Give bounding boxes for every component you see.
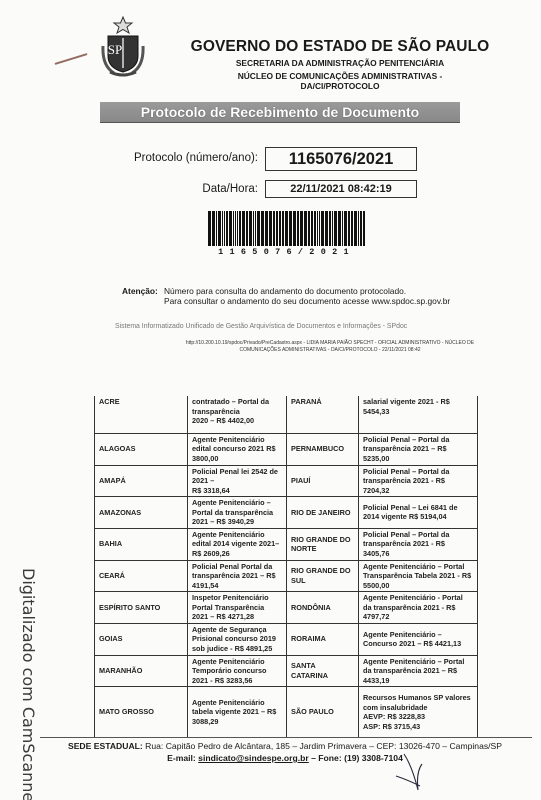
salary-cell: Policial Penal – Lei 6841 de 2014 vigent… xyxy=(359,497,478,529)
phone: – Fone: (19) 3308-7104 xyxy=(309,753,403,763)
nucleus-line-2: DA/CI/PROTOCOLO xyxy=(180,81,500,91)
salary-cell: Inspetor Penitenciário Portal Transparên… xyxy=(188,592,287,624)
table-row: ESPÍRITO SANTOInspetor Penitenciário Por… xyxy=(95,592,478,624)
salary-cell: Agente Penitenciário edital 2014 vigente… xyxy=(188,528,287,560)
state-cell: AMAZONAS xyxy=(95,497,188,529)
salary-cell: Agente Penitenciário – Concurso 2021 – R… xyxy=(359,623,478,655)
state-cell: SANTA CATARINA xyxy=(287,655,359,687)
government-title: GOVERNO DO ESTADO DE SÃO PAULO xyxy=(180,38,500,56)
salary-cell: Policial Penal – Portal da transparência… xyxy=(359,433,478,465)
salary-cell: contratado – Portal da transparência2020… xyxy=(188,396,287,433)
state-cell: RIO GRANDE DO SUL xyxy=(287,560,359,592)
state-cell: RONDÔNIA xyxy=(287,592,359,624)
table-row: MARANHÃOAgente Penitenciário Temporário … xyxy=(95,655,478,687)
salary-table: ACREcontratado – Portal da transparência… xyxy=(94,396,478,738)
table-row: ALAGOASAgente Penitenciário edital concu… xyxy=(95,433,478,465)
hq-label: SEDE ESTADUAL: xyxy=(68,741,143,751)
salary-cell: Agente Penitenciário – Portal da transpa… xyxy=(188,497,287,529)
email-link[interactable]: sindicato@sindespe.org.br xyxy=(198,753,309,763)
salary-cell: Agente Penitenciário – Portal Transparên… xyxy=(359,560,478,592)
state-cell: PERNAMBUCO xyxy=(287,433,359,465)
salary-cell: Policial Penal – Portal da transparência… xyxy=(359,528,478,560)
table-row: MATO GROSSOAgente Penitenciário tabela v… xyxy=(95,687,478,738)
salary-cell: Policial Penal – Portal da transparência… xyxy=(359,465,478,497)
salary-cell: Agente Penitenciário Temporário concurso… xyxy=(188,655,287,687)
state-cell: MATO GROSSO xyxy=(95,687,188,738)
attention-text-1: Número para consulta do andamento do doc… xyxy=(164,286,406,296)
nucleus-title: NÚCLEO DE COMUNICAÇÕES ADMINISTRATIVAS -… xyxy=(180,71,500,91)
footer-address: SEDE ESTADUAL: Rua: Capitão Pedro de Alc… xyxy=(40,741,530,751)
footer-divider xyxy=(40,737,532,738)
table-row: BAHIAAgente Penitenciário edital 2014 vi… xyxy=(95,528,478,560)
state-cell: PIAUÍ xyxy=(287,465,359,497)
table-row: AMAZONASAgente Penitenciário – Portal da… xyxy=(95,497,478,529)
salary-cell: Policial Penal lei 2542 de 2021 – R$ 331… xyxy=(188,465,287,497)
protocol-number-value: 1165076/2021 xyxy=(265,147,417,171)
state-cell: SÃO PAULO xyxy=(287,687,359,738)
url-line-2: COMUNICAÇÕES ADMINISTRATIVAS - DA/CI/PRO… xyxy=(130,347,530,354)
state-cell: ALAGOAS xyxy=(95,433,188,465)
state-cell: MARANHÃO xyxy=(95,655,188,687)
svg-text:SP: SP xyxy=(108,42,122,57)
state-cell: GOIAS xyxy=(95,623,188,655)
attention-text-2: Para consultar o andamento do seu docume… xyxy=(164,296,450,306)
datetime-label: Data/Hora: xyxy=(118,183,258,195)
barcode-icon xyxy=(208,211,365,246)
salary-cell: Agente Penitenciário tabela vigente 2021… xyxy=(188,687,287,738)
salary-cell: Agente de Segurança Prisional concurso 2… xyxy=(188,623,287,655)
salary-cell: salarial vigente 2021 - R$ 5454,33 xyxy=(359,396,478,433)
table-row: AMAPÁPolicial Penal lei 2542 de 2021 – R… xyxy=(95,465,478,497)
state-cell: RIO GRANDE DO NORTE xyxy=(287,528,359,560)
url-line-1: http://10.200.10.19/spdoc/Privado/PreCad… xyxy=(130,340,530,347)
signature-mark xyxy=(392,752,432,792)
state-cell: BAHIA xyxy=(95,528,188,560)
table-row: ACREcontratado – Portal da transparência… xyxy=(95,396,478,433)
scanner-watermark: Digitalizado com CamScanner xyxy=(8,568,38,798)
protocol-number-label: Protocolo (número/ano): xyxy=(118,152,258,164)
barcode-text: 1165076/2021 xyxy=(208,247,365,257)
datetime-value: 22/11/2021 08:42:19 xyxy=(265,180,417,198)
secretariat-title: SECRETARIA DA ADMINISTRAÇÃO PENITENCIÁRI… xyxy=(180,58,500,68)
footer-contact: E-mail: sindicato@sindespe.org.br – Fone… xyxy=(40,753,530,763)
state-cell: CEARÁ xyxy=(95,560,188,592)
nucleus-line-1: NÚCLEO DE COMUNICAÇÕES ADMINISTRATIVAS - xyxy=(180,71,500,81)
state-cell: RIO DE JANEIRO xyxy=(287,497,359,529)
salary-cell: Agente Penitenciário edital concurso 202… xyxy=(188,433,287,465)
state-cell: ESPÍRITO SANTO xyxy=(95,592,188,624)
state-cell: AMAPÁ xyxy=(95,465,188,497)
salary-cell: Recursos Humanos SP valores com insalubr… xyxy=(359,687,478,738)
attention-label: Atenção: xyxy=(122,286,158,296)
salary-cell: Agente Penitenciário - Portal da transpa… xyxy=(359,592,478,624)
state-cell: PARANÁ xyxy=(287,396,359,433)
table-row: GOIASAgente de Segurança Prisional concu… xyxy=(95,623,478,655)
document-banner: Protocolo de Recebimento de Documento xyxy=(100,102,460,123)
state-cell: RORAIMA xyxy=(287,623,359,655)
table-row: CEARÁPolicial Penal Portal da transparên… xyxy=(95,560,478,592)
system-url-info: http://10.200.10.19/spdoc/Privado/PreCad… xyxy=(130,340,530,353)
pen-mark xyxy=(54,53,87,65)
hq-address: Rua: Capitão Pedro de Alcântara, 185 – J… xyxy=(143,741,502,751)
state-cell: ACRE xyxy=(95,396,188,433)
email-label: E-mail: xyxy=(167,753,198,763)
salary-cell: Agente Penitenciário – Portal da transpa… xyxy=(359,655,478,687)
system-name: Sistema Informatizado Unificado de Gestã… xyxy=(115,323,535,330)
sao-paulo-coat-of-arms-icon: SP xyxy=(100,16,146,78)
salary-cell: Policial Penal Portal da transparência 2… xyxy=(188,560,287,592)
